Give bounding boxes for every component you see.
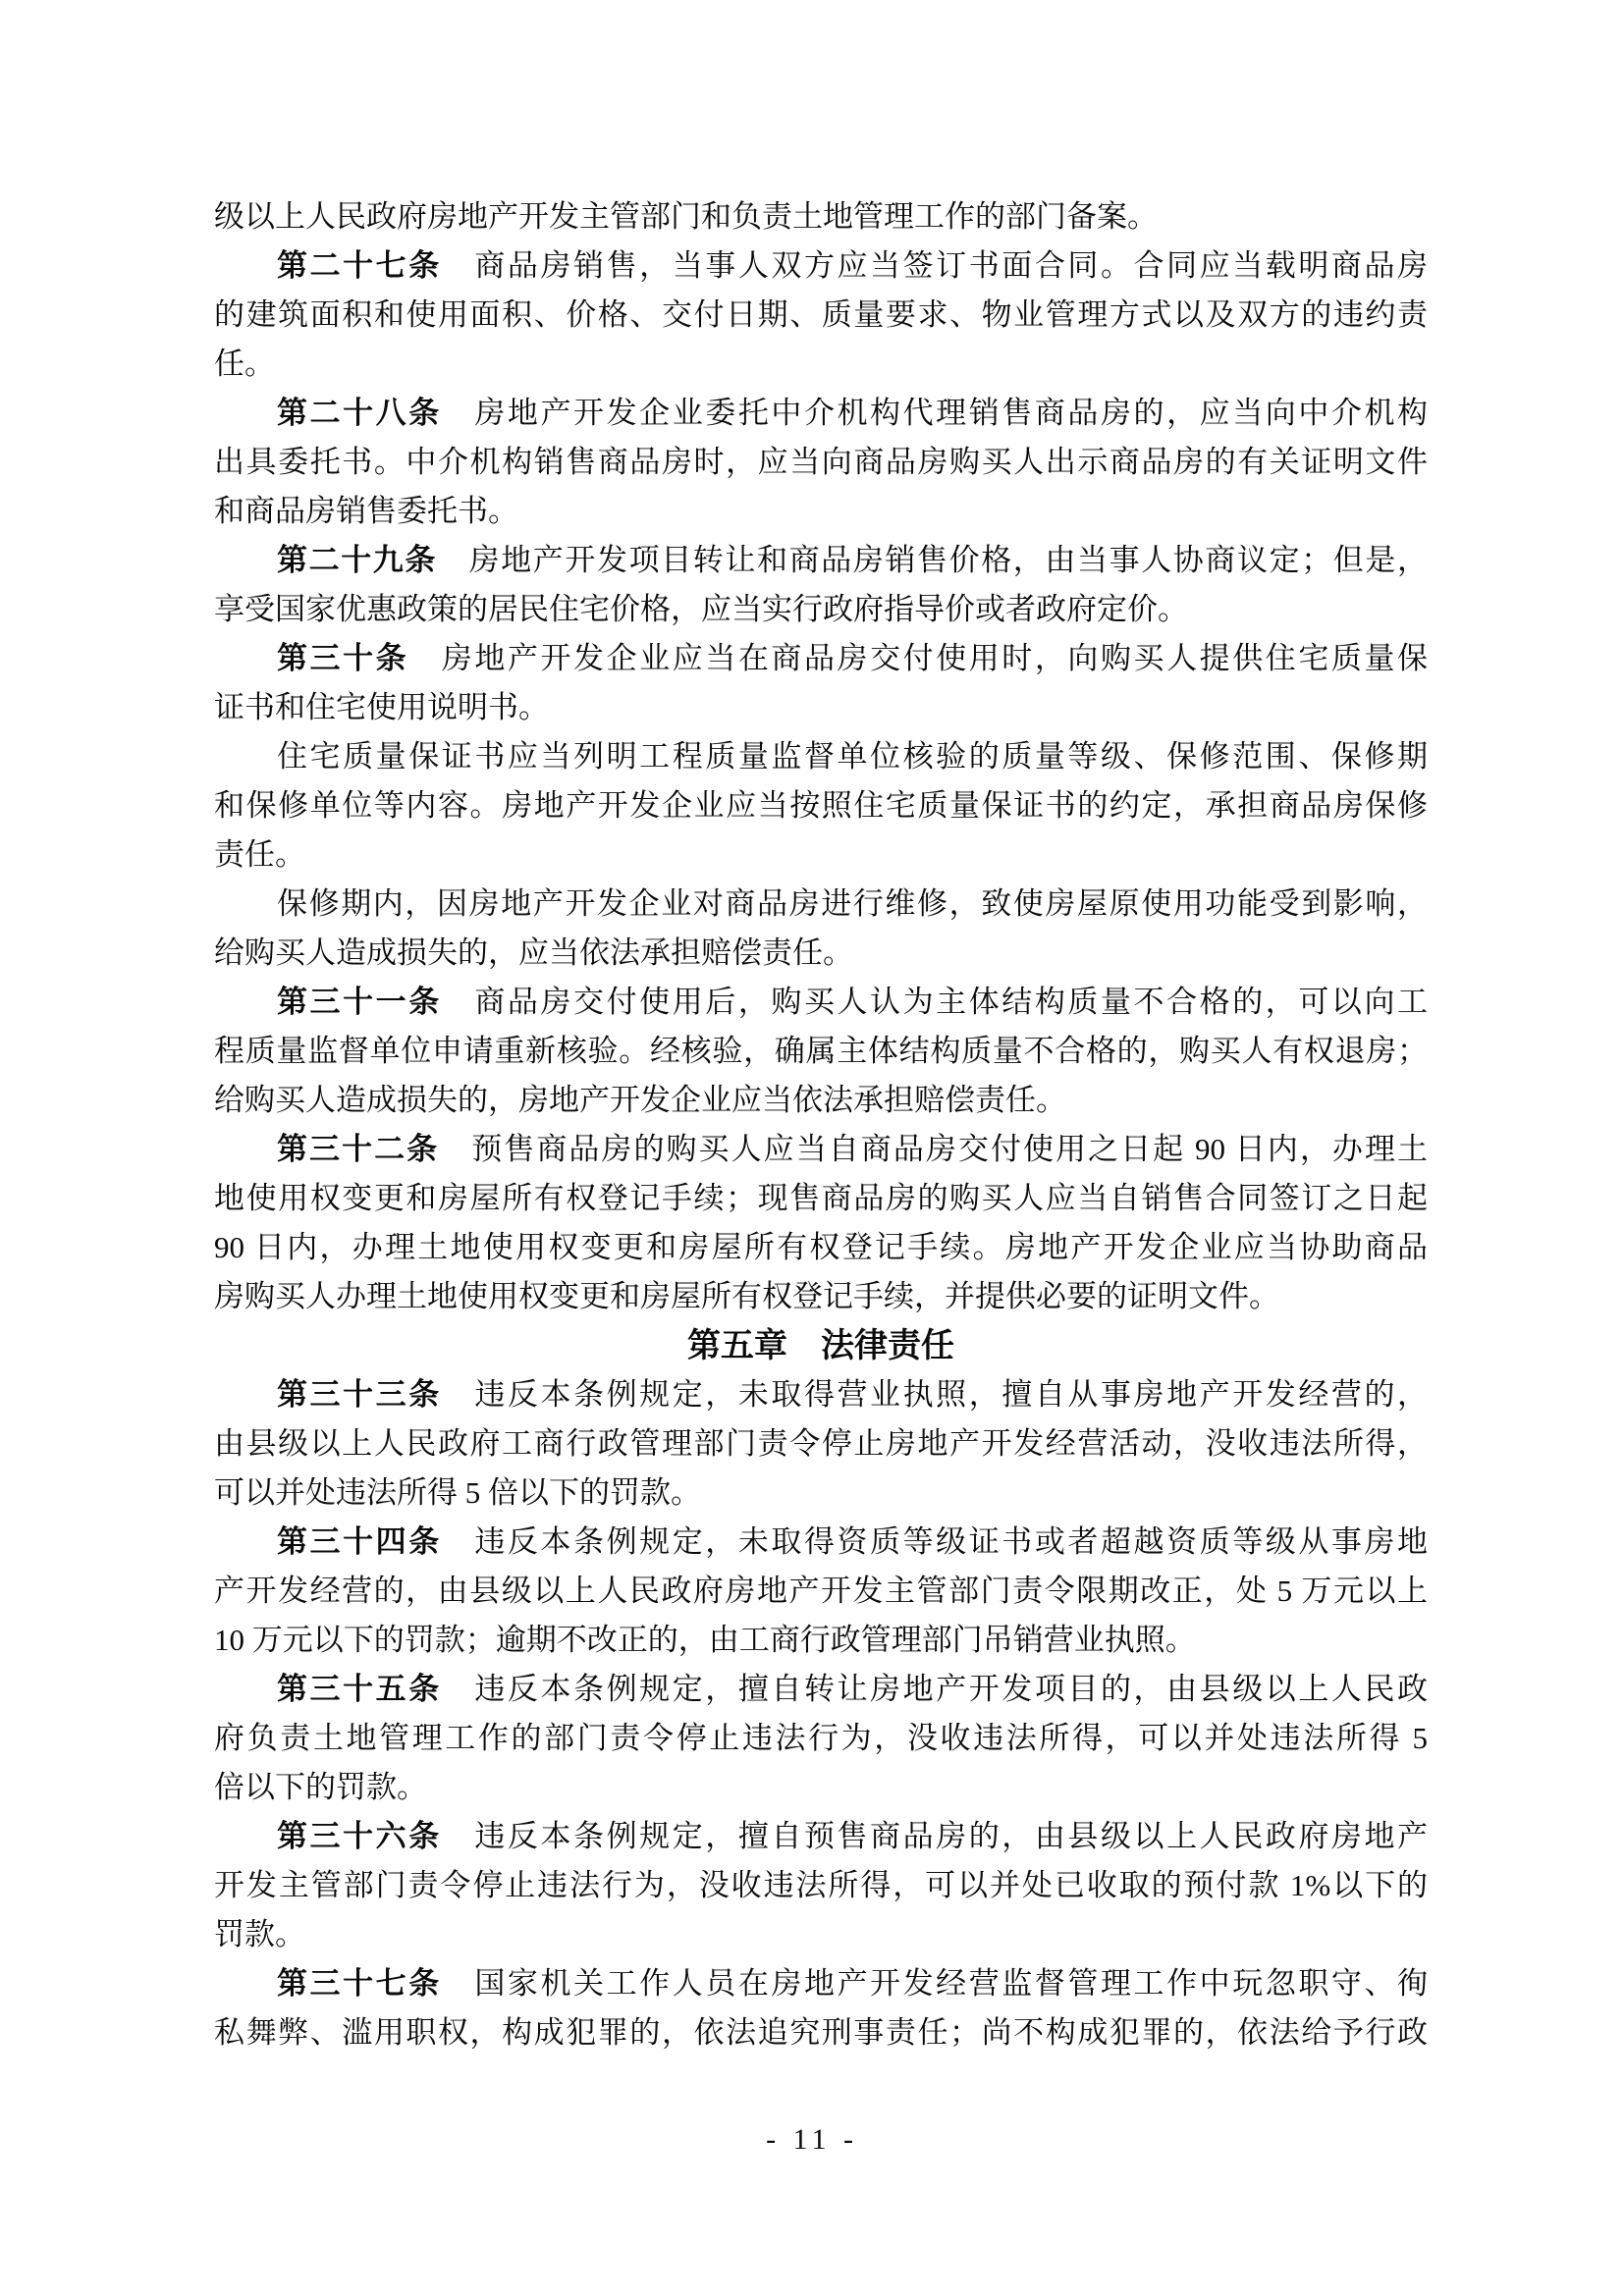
text-line: 第三十六条 违反本条例规定，擅自预售商品房的，由县级以上人民政府房地产 (214, 1812, 1428, 1861)
text-line: 90 日内，办理土地使用权变更和房屋所有权登记手续。房地产开发企业应当协助商品 (214, 1223, 1428, 1272)
body-text: 住宅质量保证书应当列明工程质量监督单位核验的质量等级、保修范围、保修期 (277, 739, 1428, 774)
body-text: 房地产开发项目转让和商品房销售价格，由当事人协商议定；但是， (437, 543, 1428, 577)
body-text: 给购买人造成损失的，应当依法承担赔偿责任。 (214, 935, 853, 970)
article-number: 第三十三条 (277, 1377, 442, 1412)
text-line: 证书和住宅使用说明书。 (214, 683, 1428, 732)
body-text: 级以上人民政府房地产开发主管部门和负责土地管理工作的部门备案。 (214, 199, 1158, 234)
body-text: 私舞弊、滥用职权，构成犯罪的，依法追究刑事责任；尚不构成犯罪的，依法给予行政 (214, 2015, 1428, 2050)
body-text: 倍以下的罚款。 (214, 1770, 427, 1804)
text-line: 由县级以上人民政府工商行政管理部门责令停止房地产开发经营活动，没收违法所得， (214, 1419, 1428, 1468)
body-text: 和商品房销售委托书。 (214, 494, 518, 528)
body-text: 违反本条例规定，未取得营业执照，擅自从事房地产开发经营的， (442, 1377, 1428, 1412)
body-text: 保修期内，因房地产开发企业对商品房进行维修，致使房屋原使用功能受到影响， (277, 886, 1428, 921)
text-line: 第三十七条 国家机关工作人员在房地产开发经营监督管理工作中玩忽职守、徇 (214, 1959, 1428, 2008)
body-text: 房地产开发企业应当在商品房交付使用时，向购买人提供住宅质量保 (408, 641, 1428, 675)
body-text: 可以并处违法所得 5 倍以下的罚款。 (214, 1475, 701, 1510)
body-text: 程质量监督单位申请重新核验。经核验，确属主体结构质量不合格的，购买人有权退房； (214, 1034, 1428, 1068)
article-number: 第三十七条 (277, 1966, 442, 2001)
body-text: 地使用权变更和房屋所有权登记手续；现售商品房的购买人应当自销售合同签订之日起 (214, 1181, 1428, 1215)
text-line: 级以上人民政府房地产开发主管部门和负责土地管理工作的部门备案。 (214, 192, 1428, 241)
body-text: 违反本条例规定，未取得资质等级证书或者超越资质等级从事房地 (442, 1524, 1428, 1559)
article-number: 第三十五条 (277, 1672, 442, 1706)
article-number: 第二十八条 (277, 396, 442, 430)
page-number: - 11 - (0, 2118, 1624, 2162)
chapter-heading: 第五章 法律责任 (214, 1321, 1428, 1370)
text-line: 房购买人办理土地使用权变更和房屋所有权登记手续，并提供必要的证明文件。 (214, 1272, 1428, 1321)
body-text: 证书和住宅使用说明书。 (214, 690, 549, 724)
body-text: 责任。 (214, 837, 305, 872)
text-line: 住宅质量保证书应当列明工程质量监督单位核验的质量等级、保修范围、保修期 (214, 732, 1428, 781)
body-text: 任。 (214, 347, 275, 381)
text-line: 责任。 (214, 830, 1428, 880)
body-text: 90 日内，办理土地使用权变更和房屋所有权登记手续。房地产开发企业应当协助商品 (214, 1230, 1428, 1264)
text-line: 保修期内，因房地产开发企业对商品房进行维修，致使房屋原使用功能受到影响， (214, 880, 1428, 929)
text-line: 给购买人造成损失的，应当依法承担赔偿责任。 (214, 929, 1428, 978)
text-line: 出具委托书。中介机构销售商品房时，应当向商品房购买人出示商品房的有关证明文件 (214, 438, 1428, 487)
body-text: 出具委托书。中介机构销售商品房时，应当向商品房购买人出示商品房的有关证明文件 (214, 445, 1428, 479)
article-number: 第二十九条 (277, 543, 437, 577)
body-text: 商品房销售，当事人双方应当签订书面合同。合同应当载明商品房 (442, 248, 1428, 283)
body-text: 和保修单位等内容。房地产开发企业应当按照住宅质量保证书的约定，承担商品房保修 (214, 788, 1428, 823)
body-text: 房地产开发企业委托中介机构代理销售商品房的，应当向中介机构 (442, 396, 1428, 430)
body-text: 府负责土地管理工作的部门责令停止违法行为，没收违法所得，可以并处违法所得 5 (214, 1721, 1428, 1755)
text-line: 地使用权变更和房屋所有权登记手续；现售商品房的购买人应当自销售合同签订之日起 (214, 1174, 1428, 1223)
text-line: 程质量监督单位申请重新核验。经核验，确属主体结构质量不合格的，购买人有权退房； (214, 1027, 1428, 1076)
text-line: 和商品房销售委托书。 (214, 487, 1428, 536)
text-line: 的建筑面积和使用面积、价格、交付日期、质量要求、物业管理方式以及双方的违约责 (214, 291, 1428, 340)
body-text: 国家机关工作人员在房地产开发经营监督管理工作中玩忽职守、徇 (442, 1966, 1428, 2001)
text-line: 第三十五条 违反本条例规定，擅自转让房地产开发项目的，由县级以上人民政 (214, 1665, 1428, 1714)
body-text: 罚款。 (214, 1917, 305, 1951)
text-line: 可以并处违法所得 5 倍以下的罚款。 (214, 1468, 1428, 1518)
text-line: 和保修单位等内容。房地产开发企业应当按照住宅质量保证书的约定，承担商品房保修 (214, 781, 1428, 830)
article-number: 第三十条 (277, 641, 408, 675)
article-number: 第二十七条 (277, 248, 442, 283)
text-line: 私舞弊、滥用职权，构成犯罪的，依法追究刑事责任；尚不构成犯罪的，依法给予行政 (214, 2008, 1428, 2057)
text-line: 第二十八条 房地产开发企业委托中介机构代理销售商品房的，应当向中介机构 (214, 389, 1428, 438)
body-text: 由县级以上人民政府工商行政管理部门责令停止房地产开发经营活动，没收违法所得， (214, 1426, 1428, 1461)
article-number: 第三十一条 (277, 985, 442, 1019)
text-line: 开发主管部门责令停止违法行为，没收违法所得，可以并处已收取的预付款 1%以下的 (214, 1861, 1428, 1910)
article-number: 第三十四条 (277, 1524, 442, 1559)
text-line: 任。 (214, 340, 1428, 389)
text-block: 级以上人民政府房地产开发主管部门和负责土地管理工作的部门备案。第二十七条 商品房… (214, 192, 1428, 2057)
article-number: 第三十六条 (277, 1819, 442, 1853)
text-line: 享受国家优惠政策的居民住宅价格，应当实行政府指导价或者政府定价。 (214, 585, 1428, 634)
text-line: 罚款。 (214, 1910, 1428, 1959)
body-text: 产开发经营的，由县级以上人民政府房地产开发主管部门责令限期改正，处 5 万元以上 (214, 1574, 1428, 1608)
text-line: 第三十一条 商品房交付使用后，购买人认为主体结构质量不合格的，可以向工 (214, 978, 1428, 1027)
body-text: 的建筑面积和使用面积、价格、交付日期、质量要求、物业管理方式以及双方的违约责 (214, 297, 1428, 332)
text-line: 第三十条 房地产开发企业应当在商品房交付使用时，向购买人提供住宅质量保 (214, 634, 1428, 683)
text-line: 第三十三条 违反本条例规定，未取得营业执照，擅自从事房地产开发经营的， (214, 1370, 1428, 1419)
text-line: 10 万元以下的罚款；逾期不改正的，由工商行政管理部门吊销营业执照。 (214, 1616, 1428, 1665)
text-line: 府负责土地管理工作的部门责令停止违法行为，没收违法所得，可以并处违法所得 5 (214, 1714, 1428, 1763)
document-page: 级以上人民政府房地产开发主管部门和负责土地管理工作的部门备案。第二十七条 商品房… (0, 0, 1624, 2296)
text-line: 给购买人造成损失的，房地产开发企业应当依法承担赔偿责任。 (214, 1076, 1428, 1125)
text-line: 第三十四条 违反本条例规定，未取得资质等级证书或者超越资质等级从事房地 (214, 1518, 1428, 1567)
text-line: 产开发经营的，由县级以上人民政府房地产开发主管部门责令限期改正，处 5 万元以上 (214, 1567, 1428, 1616)
body-text: 预售商品房的购买人应当自商品房交付使用之日起 90 日内，办理土 (439, 1132, 1428, 1166)
body-text: 10 万元以下的罚款；逾期不改正的，由工商行政管理部门吊销营业执照。 (214, 1623, 1196, 1657)
body-text: 给购买人造成损失的，房地产开发企业应当依法承担赔偿责任。 (214, 1083, 1066, 1117)
article-number: 第三十二条 (277, 1132, 439, 1166)
body-text: 开发主管部门责令停止违法行为，没收违法所得，可以并处已收取的预付款 1%以下的 (214, 1868, 1428, 1902)
body-text: 房购买人办理土地使用权变更和房屋所有权登记手续，并提供必要的证明文件。 (214, 1279, 1279, 1313)
body-text: 违反本条例规定，擅自预售商品房的，由县级以上人民政府房地产 (442, 1819, 1428, 1853)
article-number: 第五章 法律责任 (687, 1327, 954, 1364)
text-line: 第三十二条 预售商品房的购买人应当自商品房交付使用之日起 90 日内，办理土 (214, 1125, 1428, 1174)
body-text: 商品房交付使用后，购买人认为主体结构质量不合格的，可以向工 (442, 985, 1428, 1019)
text-line: 第二十七条 商品房销售，当事人双方应当签订书面合同。合同应当载明商品房 (214, 241, 1428, 291)
body-text: 违反本条例规定，擅自转让房地产开发项目的，由县级以上人民政 (442, 1672, 1428, 1706)
text-line: 第二十九条 房地产开发项目转让和商品房销售价格，由当事人协商议定；但是， (214, 536, 1428, 585)
text-line: 倍以下的罚款。 (214, 1763, 1428, 1812)
body-text: 享受国家优惠政策的居民住宅价格，应当实行政府指导价或者政府定价。 (214, 592, 1188, 626)
